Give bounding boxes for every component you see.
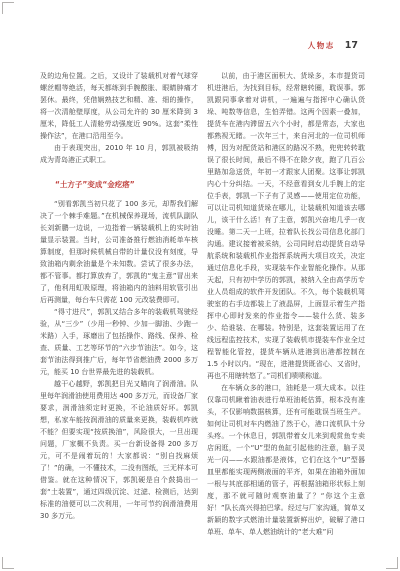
crop-mark-top-left <box>2 2 14 14</box>
crop-mark-bottom-left <box>2 557 14 569</box>
paragraph: 由于表现突出，2010 年 10 月，郭凯被吸纳成为青岛港正式职工。 <box>40 142 198 166</box>
paragraph: 以前，由于港区面积大、货垛多，本市提货司机进港后，为找到目标，经常瞎转圈，耽误事… <box>207 70 365 382</box>
article-column-right: 以前，由于港区面积大、货垛多，本市提货司机进港后，为找到目标，经常瞎转圈，耽误事… <box>207 70 365 538</box>
paragraph: “别看郭凯当初只花了 100 多元，却帮我们解决了一个棘手难题。”在机械保养现场… <box>40 198 198 306</box>
paragraph: “得寸进尺”，郭凯又结合多年的装载机驾驶经验，从“三少”（少用一秒钟、少加一脚油… <box>40 306 198 378</box>
paragraph: 越干心越野，郭凯把目光又瞄向了润滑油。队里每年润滑油使用费用达 400 多万元，… <box>40 378 198 522</box>
page-number: 17 <box>345 40 358 51</box>
section-title: 人物志 <box>308 40 335 51</box>
paragraph: 在车辆众多的港口，油耗是一项大成本。以往仅靠司机瞅着油表进行单班油耗估算，根本没… <box>207 382 365 538</box>
article-column-left: 及的边角位置。之后，又设计了装载机对着气球穿螺丝帽等绝活，每天都练到手腕酸胀、眼… <box>40 70 198 522</box>
paragraph-continuation: 及的边角位置。之后，又设计了装载机对着气球穿螺丝帽等绝活，每天都练到手腕酸胀、眼… <box>40 70 198 142</box>
section-subheading: “土方子”变成“金疙瘩” <box>40 180 198 190</box>
crop-mark-bottom-right <box>386 557 398 569</box>
running-head: 人物志 17 <box>308 40 358 51</box>
magazine-page: 人物志 17 及的边角位置。之后，又设计了装载机对着气球穿螺丝帽等绝活，每天都练… <box>0 0 400 571</box>
